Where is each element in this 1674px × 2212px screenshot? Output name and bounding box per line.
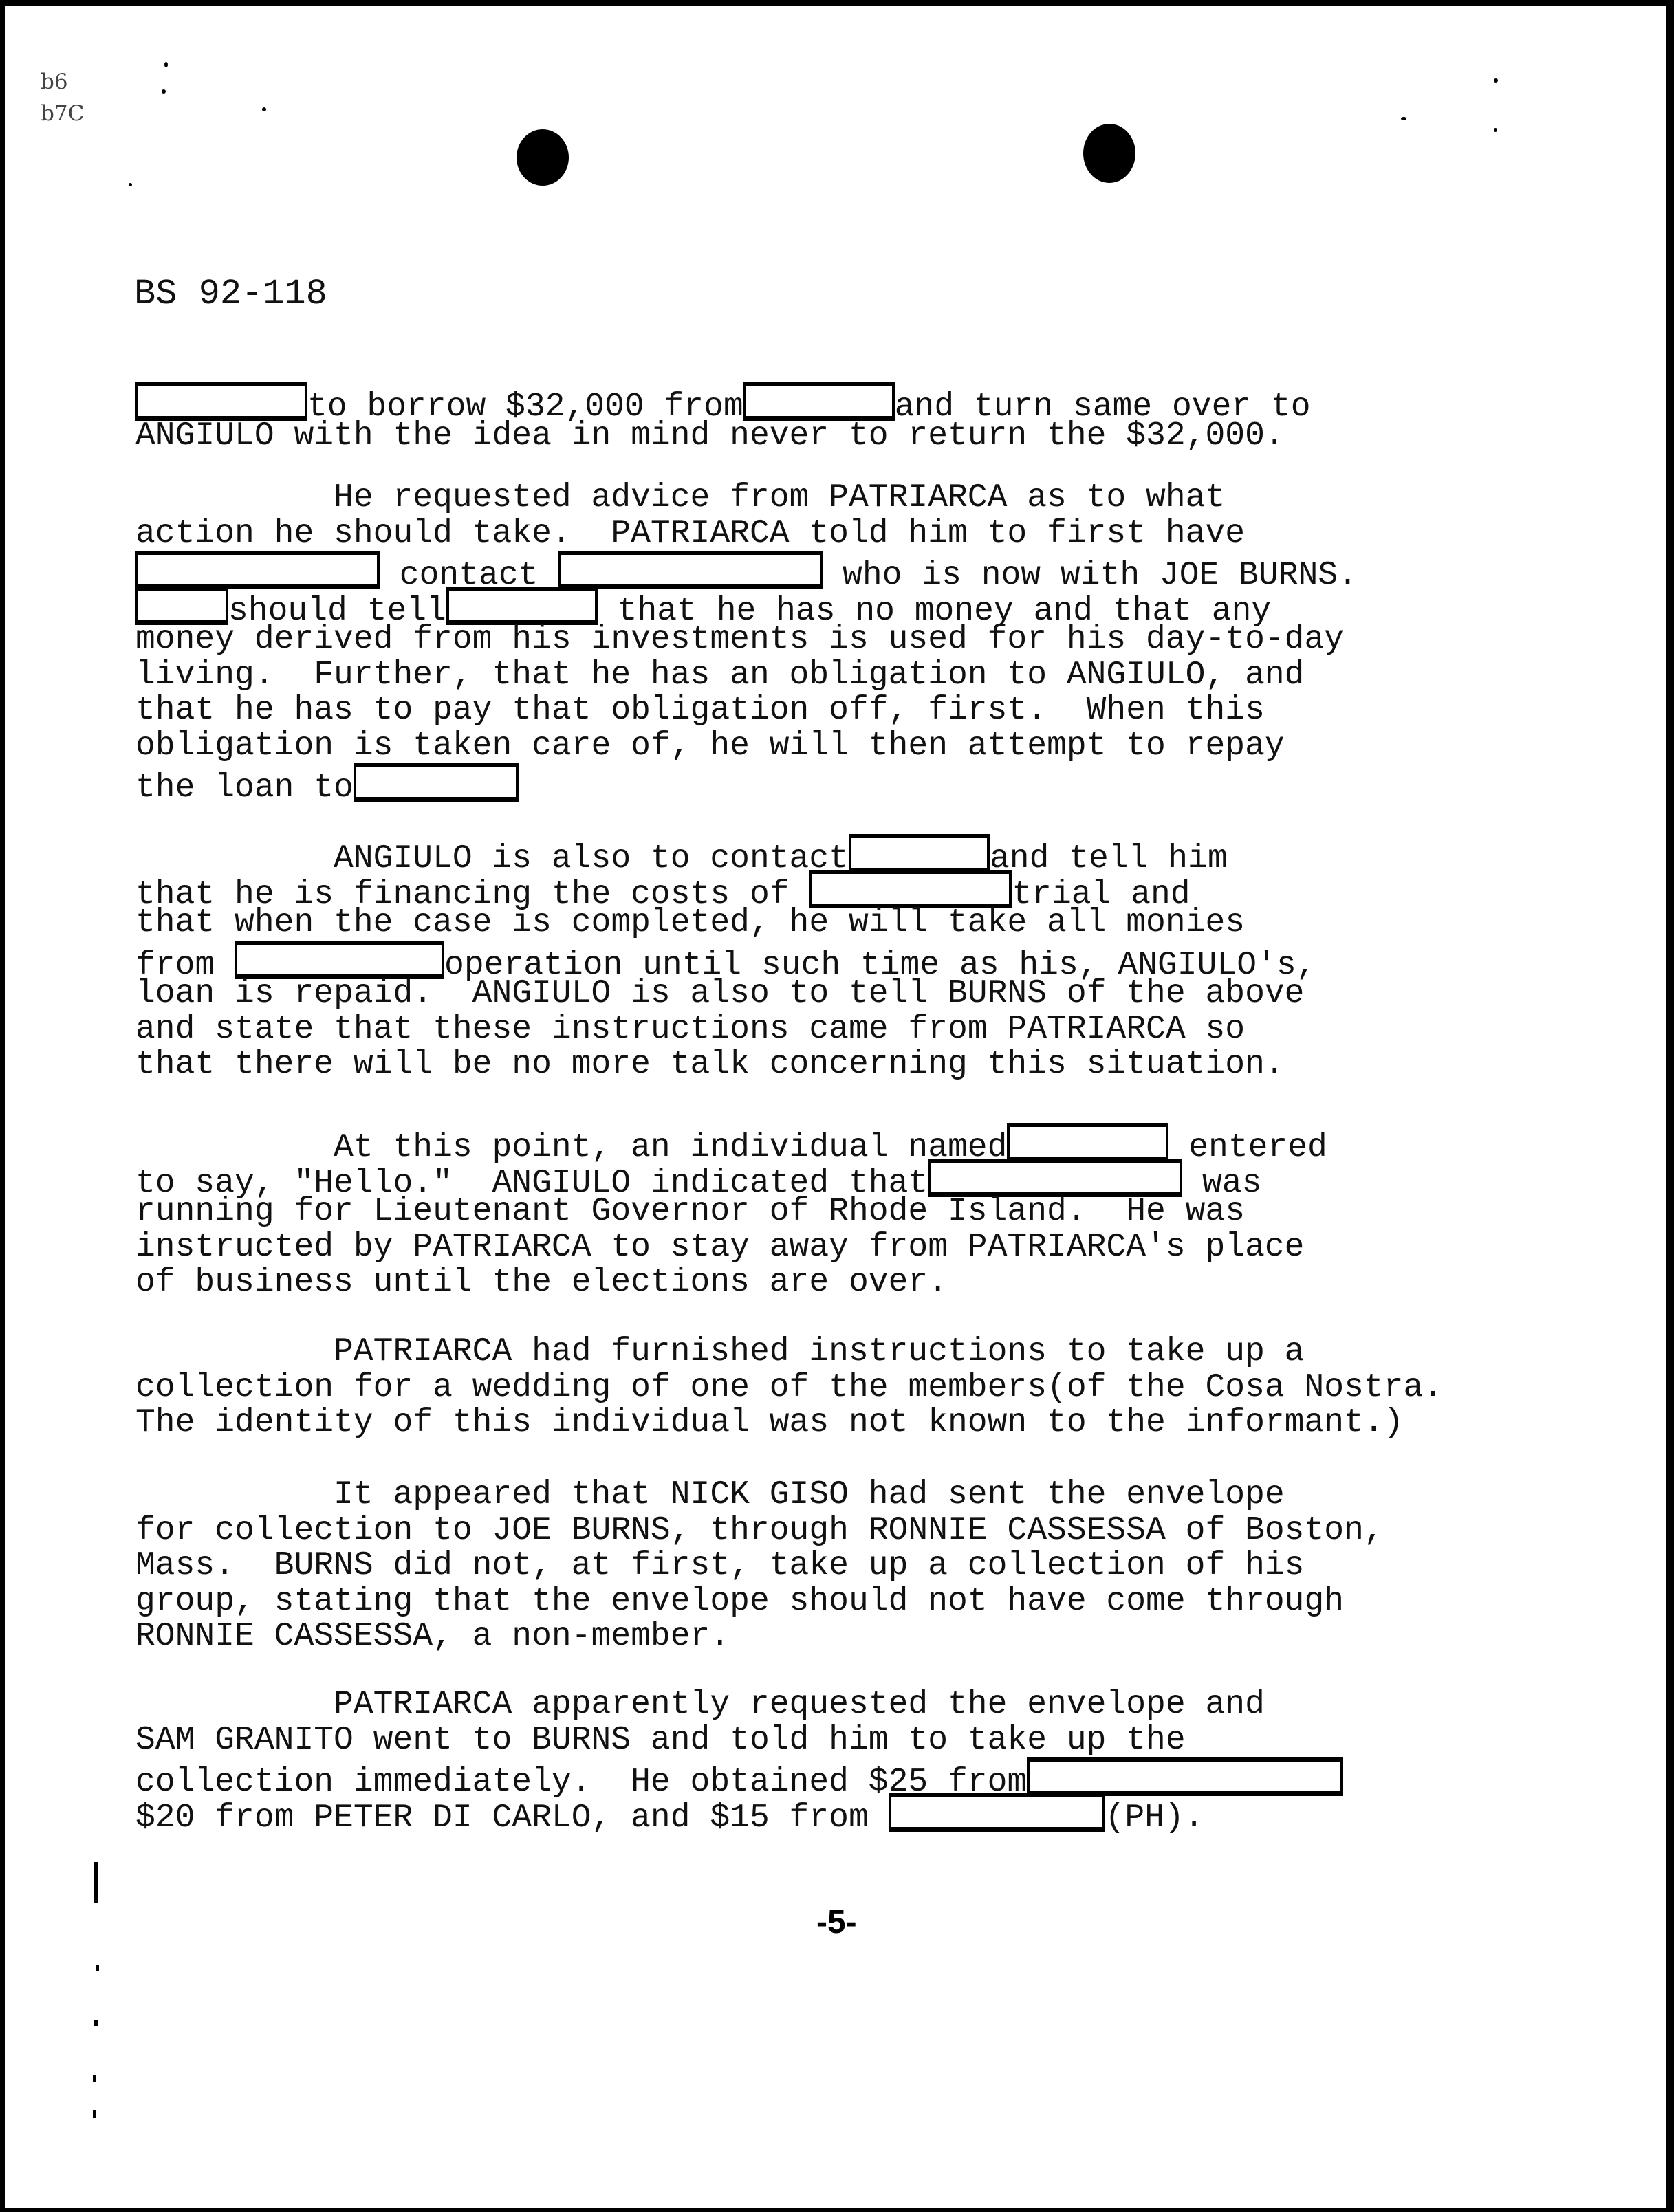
- text-line: to borrow $32,000 fromand turn same over…: [135, 382, 1311, 418]
- text-line: collection immediately. He obtained $25 …: [135, 1757, 1343, 1793]
- text-line: RONNIE CASSESSA, a non-member.: [135, 1619, 730, 1654]
- foia-exemption-codes: b6 b7C: [41, 66, 84, 129]
- redaction-box: [354, 763, 519, 802]
- margin-mark: [94, 2020, 98, 2026]
- text-line: that he has to pay that obligation off, …: [135, 692, 1265, 728]
- scan-speck: [162, 89, 166, 94]
- text-line: group, stating that the envelope should …: [135, 1584, 1344, 1619]
- text-line: SAM GRANITO went to BURNS and told him t…: [135, 1722, 1186, 1758]
- text-line: the loan to: [135, 763, 519, 799]
- redaction-box: [743, 382, 895, 421]
- text-segment: that there will be no more talk concerni…: [135, 1046, 1285, 1083]
- redaction-box: [928, 1159, 1182, 1197]
- text-segment: the loan to: [135, 769, 354, 807]
- text-line: living. Further, that he has an obligati…: [135, 657, 1304, 693]
- text-line: ANGIULO is also to contactand tell him: [135, 834, 1228, 870]
- margin-mark: [93, 2110, 96, 2118]
- redaction-box: [1027, 1757, 1343, 1796]
- redaction-box: [809, 870, 1012, 908]
- text-segment: (PH).: [1105, 1799, 1204, 1837]
- redaction-box: [446, 587, 598, 625]
- text-segment: He requested advice from PATRIARCA as to…: [135, 479, 1225, 516]
- text-line: collection for a wedding of one of the m…: [135, 1370, 1443, 1405]
- punch-hole-icon: [1083, 124, 1135, 183]
- punch-hole-icon: [517, 129, 569, 186]
- text-line: contact who is now with JOE BURNS.: [135, 551, 1358, 587]
- scan-speck: [129, 183, 132, 186]
- text-segment: PATRIARCA apparently requested the envel…: [135, 1686, 1265, 1723]
- scan-speck: [1401, 117, 1406, 120]
- exemption-code: b6: [41, 66, 84, 98]
- text-line: It appeared that NICK GISO had sent the …: [135, 1477, 1285, 1513]
- redaction-box: [135, 551, 380, 589]
- text-segment: action he should take. PATRIARCA told hi…: [135, 515, 1245, 552]
- text-segment: RONNIE CASSESSA, a non-member.: [135, 1618, 730, 1655]
- text-segment: PATRIARCA had furnished instructions to …: [135, 1333, 1304, 1370]
- text-segment: running for Lieutenant Governor of Rhode…: [135, 1193, 1245, 1230]
- text-line: PATRIARCA apparently requested the envel…: [135, 1687, 1265, 1722]
- text-line: PATRIARCA had furnished instructions to …: [135, 1334, 1304, 1370]
- redaction-box: [558, 551, 823, 589]
- text-line: for collection to JOE BURNS, through RON…: [135, 1513, 1384, 1548]
- text-segment: Mass. BURNS did not, at first, take up a…: [135, 1547, 1304, 1584]
- text-line: that he is financing the costs of trial …: [135, 870, 1191, 906]
- text-segment: group, stating that the envelope should …: [135, 1583, 1344, 1620]
- scan-speck: [262, 107, 266, 111]
- text-segment: living. Further, that he has an obligati…: [135, 657, 1304, 694]
- scan-speck: [1494, 78, 1498, 83]
- text-line: action he should take. PATRIARCA told hi…: [135, 516, 1245, 551]
- text-segment: of business until the elections are over…: [135, 1264, 948, 1301]
- text-line: that there will be no more talk concerni…: [135, 1047, 1285, 1082]
- text-line: from operation until such time as his, A…: [135, 941, 1316, 976]
- text-line: that when the case is completed, he will…: [135, 905, 1245, 941]
- text-segment: collection for a wedding of one of the m…: [135, 1369, 1443, 1406]
- scan-speck: [1494, 128, 1497, 132]
- redaction-box: [235, 941, 444, 979]
- text-line: money derived from his investments is us…: [135, 622, 1344, 657]
- redaction-box: [889, 1793, 1105, 1832]
- text-segment: $20 from PETER DI CARLO, and $15 from: [135, 1799, 889, 1837]
- text-segment: and state that these instructions came f…: [135, 1011, 1245, 1048]
- text-line: loan is repaid. ANGIULO is also to tell …: [135, 976, 1304, 1011]
- text-segment: that he has to pay that obligation off, …: [135, 692, 1265, 729]
- redaction-box: [1007, 1123, 1168, 1161]
- text-line: running for Lieutenant Governor of Rhode…: [135, 1194, 1245, 1229]
- text-line: He requested advice from PATRIARCA as to…: [135, 480, 1225, 516]
- text-segment: loan is repaid. ANGIULO is also to tell …: [135, 975, 1304, 1012]
- text-line: of business until the elections are over…: [135, 1264, 948, 1300]
- margin-mark: [96, 1965, 99, 1971]
- text-line: ANGIULO with the idea in mind never to r…: [135, 418, 1285, 454]
- text-segment: that when the case is completed, he will…: [135, 904, 1245, 941]
- text-line: should tell that he has no money and tha…: [135, 587, 1271, 622]
- text-segment: obligation is taken care of, he will the…: [135, 727, 1285, 765]
- text-segment: for collection to JOE BURNS, through RON…: [135, 1512, 1384, 1549]
- page-number: -5-: [816, 1903, 857, 1941]
- redaction-box: [135, 382, 307, 421]
- text-line: At this point, an individual named enter…: [135, 1123, 1327, 1159]
- redaction-box: [135, 587, 228, 625]
- file-number: BS 92-118: [134, 274, 327, 314]
- margin-mark: [94, 1862, 98, 1903]
- scan-speck: [164, 62, 168, 67]
- text-line: $20 from PETER DI CARLO, and $15 from (P…: [135, 1793, 1204, 1829]
- text-line: and state that these instructions came f…: [135, 1011, 1245, 1047]
- text-line: to say, "Hello." ANGIULO indicated that …: [135, 1159, 1261, 1194]
- exemption-code: b7C: [41, 98, 84, 129]
- document-page: b6 b7C BS 92-118 to borrow $32,000 froma…: [0, 0, 1674, 2212]
- text-segment: It appeared that NICK GISO had sent the …: [135, 1476, 1285, 1513]
- text-segment: money derived from his investments is us…: [135, 621, 1344, 658]
- margin-mark: [93, 2075, 96, 2082]
- text-segment: ANGIULO with the idea in mind never to r…: [135, 417, 1285, 455]
- text-line: obligation is taken care of, he will the…: [135, 728, 1285, 764]
- text-segment: instructed by PATRIARCA to stay away fro…: [135, 1229, 1304, 1266]
- text-line: The identity of this individual was not …: [135, 1405, 1404, 1441]
- text-line: Mass. BURNS did not, at first, take up a…: [135, 1548, 1304, 1584]
- text-segment: The identity of this individual was not …: [135, 1404, 1404, 1441]
- text-segment: SAM GRANITO went to BURNS and told him t…: [135, 1722, 1186, 1759]
- text-line: instructed by PATRIARCA to stay away fro…: [135, 1229, 1304, 1265]
- redaction-box: [849, 834, 990, 873]
